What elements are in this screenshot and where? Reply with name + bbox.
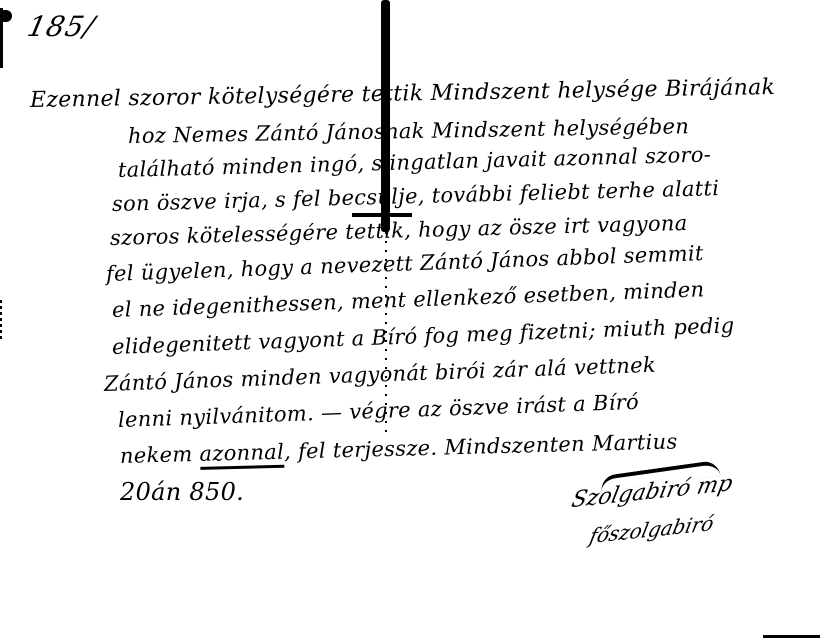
signature-line-2: főszolgabiró	[587, 511, 716, 549]
fold-cross-stroke	[352, 213, 412, 217]
text-line-11-start: nekem	[120, 442, 200, 468]
text-line-2: hoz Nemes Zántó Jánosnak Mindszent helys…	[128, 114, 689, 148]
text-line-7: el ne idegenithessen, ment ellenkező ese…	[112, 277, 705, 322]
ink-blot	[0, 10, 12, 22]
text-line-9: Zántó János minden vagyonát birói zár al…	[104, 353, 657, 396]
text-line-4: son öszve irja, s fel becsülje, további …	[112, 176, 720, 216]
text-line-10: lenni nyilvánitom. — végre az öszve irás…	[118, 390, 640, 432]
page-number: 185/	[24, 10, 98, 43]
text-line-12: 20án 850.	[120, 478, 244, 506]
text-line-8: elidegenitett vagyont a Bíró fog meg fiz…	[112, 313, 735, 359]
underlined-word: azonnal	[199, 440, 284, 470]
text-line-6: fel ügyelen, hogy a nevezett Zántó János…	[106, 241, 704, 286]
text-line-1: Ezennel szoror kötelységére tettik Minds…	[30, 75, 776, 113]
manuscript-page: 185/ Ezennel szoror kötelységére tettik …	[0, 0, 820, 638]
binding-edge-dots	[0, 300, 2, 340]
text-line-11: nekem azonnal, fel terjessze. Mindszente…	[120, 429, 678, 468]
text-line-11-end: , fel terjessze. Mindszenten Martius	[284, 429, 678, 463]
text-line-3: található minden ingó, s ingatlan javait…	[118, 142, 712, 182]
